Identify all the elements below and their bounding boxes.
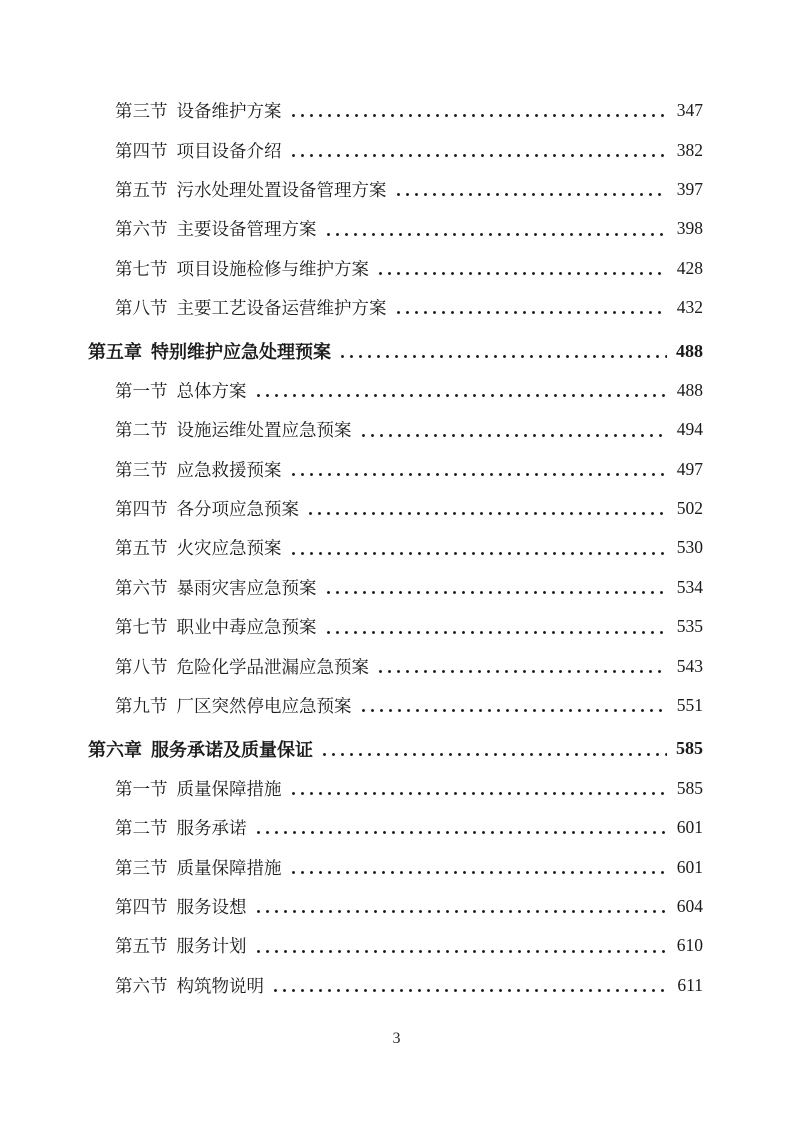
toc-entry-title: 暴雨灾害应急预案: [177, 575, 317, 600]
toc-entry-page: 494: [671, 419, 703, 440]
toc-entry-label: 第二节: [115, 815, 168, 840]
dot-leader: [254, 382, 668, 400]
toc-entry-page: 534: [671, 577, 703, 598]
toc-section-row: 第三节 应急救援预案 497: [88, 450, 703, 489]
toc-entry-page: 428: [671, 258, 703, 279]
toc-entry-page: 488: [671, 341, 703, 362]
toc-entry-label: 第八节: [115, 654, 168, 679]
toc-entry-label: 第六节: [115, 973, 168, 998]
toc-entry-label: 第八节: [115, 295, 168, 320]
toc-entry-label: 第七节: [115, 614, 168, 639]
dot-leader: [320, 740, 667, 758]
toc-entry-title: 各分项应急预案: [177, 496, 300, 521]
toc-entry-title: 项目设备介绍: [177, 138, 282, 163]
toc-entry-title: 火灾应急预案: [177, 535, 282, 560]
toc-entry-page: 610: [671, 935, 703, 956]
toc-section-row: 第五节 服务计划 610: [88, 926, 703, 965]
toc-entry-label: 第四节: [115, 496, 168, 521]
toc-entry-title: 质量保障措施: [177, 776, 282, 801]
toc-entry-label: 第五节: [115, 177, 168, 202]
toc-entry-label: 第五节: [115, 933, 168, 958]
toc-entry-label: 第四节: [115, 894, 168, 919]
toc-entry-page: 502: [671, 498, 703, 519]
toc-entry-page: 398: [671, 218, 703, 239]
toc-section-row: 第二节 设施运维处置应急预案 494: [88, 410, 703, 449]
dot-leader: [394, 299, 668, 317]
toc-entry-page: 604: [671, 896, 703, 917]
dot-leader: [289, 858, 668, 876]
dot-leader: [254, 898, 668, 916]
toc-entry-label: 第三节: [115, 457, 168, 482]
page-number: 3: [0, 1030, 793, 1048]
toc-section-row: 第四节 项目设备介绍 382: [88, 130, 703, 169]
toc-section-row: 第六节 暴雨灾害应急预案 534: [88, 568, 703, 607]
toc-entry-title: 构筑物说明: [177, 973, 265, 998]
toc-section-row: 第九节 厂区突然停电应急预案 551: [88, 686, 703, 725]
toc-entry-page: 551: [671, 695, 703, 716]
toc-entry-label: 第六节: [115, 216, 168, 241]
dot-leader: [324, 220, 668, 238]
toc-entry-page: 601: [671, 817, 703, 838]
toc-entry-label: 第二节: [115, 417, 168, 442]
toc-section-row: 第四节 服务设想 604: [88, 887, 703, 926]
toc-entry-title: 设施运维处置应急预案: [177, 417, 352, 442]
toc-chapter-row: 第六章 服务承诺及质量保证 585: [88, 729, 703, 768]
toc-entry-title: 厂区突然停电应急预案: [177, 693, 352, 718]
toc-section-row: 第一节 质量保障措施 585: [88, 769, 703, 808]
toc-entry-label: 第六章: [88, 736, 142, 762]
dot-leader: [289, 780, 668, 798]
toc-entry-page: 488: [671, 380, 703, 401]
toc-section-row: 第七节 项目设施检修与维护方案 428: [88, 249, 703, 288]
toc-entry-label: 第五章: [88, 338, 142, 364]
dot-leader: [359, 421, 668, 439]
dot-leader: [254, 937, 668, 955]
toc-entry-title: 服务设想: [177, 894, 247, 919]
dot-leader: [289, 141, 668, 159]
toc-entry-label: 第七节: [115, 256, 168, 281]
dot-leader: [324, 618, 668, 636]
toc-section-row: 第二节 服务承诺 601: [88, 808, 703, 847]
dot-leader: [254, 819, 668, 837]
toc-entry-label: 第九节: [115, 693, 168, 718]
toc-entry-page: 543: [671, 656, 703, 677]
toc-entry-label: 第六节: [115, 575, 168, 600]
toc-entry-page: 611: [671, 975, 703, 996]
toc-section-row: 第七节 职业中毒应急预案 535: [88, 607, 703, 646]
dot-leader: [376, 260, 667, 278]
toc-entry-page: 397: [671, 179, 703, 200]
toc-section-row: 第一节 总体方案 488: [88, 371, 703, 410]
toc-entry-title: 项目设施检修与维护方案: [177, 256, 370, 281]
dot-leader: [359, 697, 668, 715]
dot-leader: [306, 500, 667, 518]
toc-entry-title: 设备维护方案: [177, 98, 282, 123]
toc-entry-title: 质量保障措施: [177, 855, 282, 880]
toc-entry-page: 382: [671, 140, 703, 161]
toc-entry-title: 服务承诺: [177, 815, 247, 840]
toc-entry-page: 530: [671, 537, 703, 558]
dot-leader: [324, 579, 668, 597]
toc-entry-title: 主要设备管理方案: [177, 216, 317, 241]
toc-entry-page: 601: [671, 857, 703, 878]
toc-entry-title: 服务承诺及质量保证: [151, 736, 313, 762]
toc-entry-label: 第四节: [115, 138, 168, 163]
toc-entry-label: 第一节: [115, 378, 168, 403]
toc-entry-label: 第三节: [115, 855, 168, 880]
toc-chapter-row: 第五章 特别维护应急处理预案 488: [88, 331, 703, 370]
toc-section-row: 第六节 构筑物说明 611: [88, 966, 703, 1005]
toc-entry-title: 服务计划: [177, 933, 247, 958]
toc-section-row: 第八节 主要工艺设备运营维护方案 432: [88, 288, 703, 327]
toc-entry-page: 347: [671, 100, 703, 121]
toc-entry-title: 污水处理处置设备管理方案: [177, 177, 387, 202]
toc-section-row: 第八节 危险化学品泄漏应急预案 543: [88, 646, 703, 685]
toc-entry-title: 职业中毒应急预案: [177, 614, 317, 639]
toc-entry-page: 585: [671, 738, 703, 759]
dot-leader: [289, 102, 668, 120]
toc-entry-page: 585: [671, 778, 703, 799]
toc-entry-title: 危险化学品泄漏应急预案: [177, 654, 370, 679]
toc-entry-page: 432: [671, 297, 703, 318]
toc-entry-page: 535: [671, 616, 703, 637]
toc-section-row: 第五节 火灾应急预案 530: [88, 528, 703, 567]
dot-leader: [289, 460, 668, 478]
dot-leader: [338, 342, 667, 360]
toc-entry-title: 主要工艺设备运营维护方案: [177, 295, 387, 320]
toc-entry-label: 第一节: [115, 776, 168, 801]
document-page: 第三节 设备维护方案 347 第四节 项目设备介绍 382 第五节 污水处理处置…: [0, 0, 793, 1122]
toc-section-row: 第四节 各分项应急预案 502: [88, 489, 703, 528]
dot-leader: [376, 657, 667, 675]
toc-entry-page: 497: [671, 459, 703, 480]
dot-leader: [271, 977, 667, 995]
toc-section-row: 第五节 污水处理处置设备管理方案 397: [88, 170, 703, 209]
toc-section-row: 第三节 设备维护方案 347: [88, 91, 703, 130]
toc-entry-label: 第五节: [115, 535, 168, 560]
toc-entry-title: 应急救援预案: [177, 457, 282, 482]
toc-entry-title: 总体方案: [177, 378, 247, 403]
toc-section-row: 第三节 质量保障措施 601: [88, 847, 703, 886]
toc-entry-label: 第三节: [115, 98, 168, 123]
dot-leader: [289, 539, 668, 557]
dot-leader: [394, 181, 668, 199]
toc-section-row: 第六节 主要设备管理方案 398: [88, 209, 703, 248]
toc-entry-title: 特别维护应急处理预案: [151, 338, 331, 364]
